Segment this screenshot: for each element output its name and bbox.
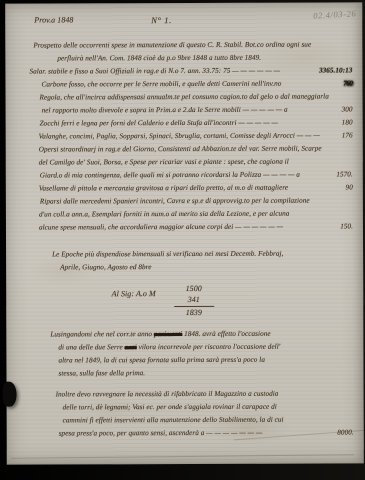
handwritten-line: Giard.o di mia contingenza, delle quali …: [30, 168, 355, 182]
line-text: Carbone fosso, che occorre per le Serre …: [41, 80, 281, 89]
handwritten-line: perfluirà nell'An. Com. 1848 cioè da p.o…: [29, 51, 354, 65]
line-text: nel rapporto molto divevole e sopra in P…: [42, 106, 288, 115]
scan-background: Prov.a 1848 N° 1. 02.4/03-26 Prospetto d…: [0, 0, 365, 480]
handwritten-line: Valanghe, concimi, Paglia, Sopparsi, Spi…: [30, 129, 355, 143]
line-amount: 1570.: [336, 168, 352, 181]
line-text: Opersi straordinarj in rag.e del Giorno,…: [39, 145, 322, 154]
handwritten-line: altra nel 1849, la di cui spesa fornata …: [30, 353, 355, 367]
line-text: Giard.o di mia contingenza, delle quali …: [40, 171, 300, 180]
handwritten-line: Zocchi ferri e legna per forni del Calde…: [30, 116, 355, 130]
line-amount: 150.: [340, 220, 353, 233]
line-text: di una delle due Serre anzi vilora incor…: [58, 343, 280, 352]
body-lines: Prospetto delle occorrenti spese in manu…: [5, 32, 363, 440]
sum-addend-2: 341: [174, 294, 214, 307]
document-number: N° 1.: [151, 15, 172, 25]
handwritten-line: di una delle due Serre anzi vilora incor…: [30, 340, 355, 354]
handwritten-line: cammini fì effetti inservienti alla manu…: [31, 413, 356, 427]
handwritten-line: Carbone fosso, che occorre per le Serre …: [29, 77, 354, 91]
handwritten-line: d'un coll.a ann.a, Esemplari forniti in …: [30, 207, 355, 221]
handwritten-line: Le Epoche più dispendiose bimensuali si …: [30, 247, 355, 261]
line-text: Lusingandomi che nel corr.te anno parime…: [50, 330, 270, 339]
line-amount: 300: [342, 103, 353, 116]
folio-label: Prov.a 1848: [34, 15, 73, 24]
line-amount: 176: [342, 129, 353, 142]
struck-word: anzi: [125, 343, 137, 351]
handwritten-line: Lusingandomi che nel corr.te anno parime…: [30, 327, 355, 341]
archival-pencil-note: 02.4/03-26: [313, 8, 357, 20]
line-text: altra nel 1849, la di cui spesa fornata …: [58, 356, 265, 365]
line-text: alcune spese mensuali, che accordaliera …: [39, 223, 283, 232]
line-text: spesa press'a poco, per quanto sensi, as…: [59, 429, 263, 438]
handwritten-line: Aprile, Giugno, Agosto ed 8bre: [30, 260, 355, 274]
page-header: Prov.a 1848 N° 1. 02.4/03-26: [5, 10, 362, 33]
line-text: Prospetto delle occorrenti spese in manu…: [33, 41, 311, 50]
handwritten-line: Opersi straordinarj in rag.e del Giorno,…: [30, 142, 355, 156]
line-amount: 90: [346, 181, 353, 194]
line-amount: 8000.: [337, 426, 353, 439]
handwritten-line: delle torri, dè legnami; Vasi ec. per on…: [31, 400, 356, 414]
line-text: Valanghe, concimi, Paglia, Sopparsi, Spi…: [39, 132, 320, 141]
handwritten-line: Riparsi dalle mercedemi Spanieri incontr…: [30, 194, 355, 208]
handwritten-line: Inoltre devo ravvegnare la necessità di …: [31, 387, 356, 401]
line-text: Salar. stabile e fisso a Suoi Offiziali …: [29, 67, 280, 76]
line-text: Riparsi dalle mercedemi Spanieri incontr…: [40, 197, 310, 206]
line-text: d'un coll.a ann.a, Esemplari forniti in …: [39, 210, 289, 219]
handwritten-line: Salar. stabile e fisso a Suoi Offiziali …: [29, 64, 354, 78]
handwritten-line: Prospetto delle occorrenti spese in manu…: [29, 38, 354, 52]
line-amount: 180: [342, 116, 353, 129]
sum-label: Al Sig: A.o M: [112, 289, 156, 298]
line-text: Zocchi ferri e legna per forni del Calde…: [40, 119, 278, 128]
handwritten-line: alcune spese mensuali, che accordaliera …: [30, 220, 355, 234]
handwritten-line: del Camilgo de' Suoi, Borsa, e Spese per…: [30, 155, 355, 169]
document-paper: Prov.a 1848 N° 1. 02.4/03-26 Prospetto d…: [5, 2, 364, 464]
handwritten-line: Vasellame di pittola e mercanzia gravito…: [30, 181, 355, 195]
line-text: Vasellame di pittola e mercanzia gravito…: [39, 184, 288, 193]
handwritten-line: Regola, che all'incirca addispensasi ann…: [30, 90, 355, 104]
line-amount: 760: [343, 77, 352, 90]
line-text: cammini fì effetti inservienti alla manu…: [63, 416, 284, 425]
sum-block: Al Sig: A.o M15003411839: [30, 283, 295, 324]
sum-column: 15003411839: [174, 283, 214, 318]
sum-addend-1: 1500: [174, 283, 214, 294]
line-text: del Camilgo de' Suoi, Borsa, e Spese per…: [39, 158, 289, 167]
line-text: delle torri, dè legnami; Vasi ec. per on…: [63, 403, 277, 412]
handwritten-line: nel rapporto molto divevole e sopra in P…: [30, 103, 355, 117]
ink-blob: [3, 382, 17, 407]
line-text: stessa, sulla fase della prima.: [58, 369, 145, 377]
line-amount: 3365.10:13: [319, 64, 352, 77]
struck-word: parimenti: [154, 330, 182, 338]
line-text: Le Epoche più dispendiose bimensuali si …: [52, 250, 283, 259]
line-text: Aprile, Giugno, Agosto ed 8bre: [60, 263, 151, 271]
paper-crease: [11, 454, 354, 459]
line-text: Regola, che all'incirca addispensasi ann…: [40, 92, 329, 101]
line-text: perfluirà nell'An. Com. 1848 cioè da p.o…: [57, 54, 261, 63]
line-text: Inoltre devo ravvegnare la necessità di …: [56, 390, 279, 399]
handwritten-line: stessa, sulla fase della prima.: [30, 366, 355, 380]
sum-total: 1839: [174, 307, 214, 318]
